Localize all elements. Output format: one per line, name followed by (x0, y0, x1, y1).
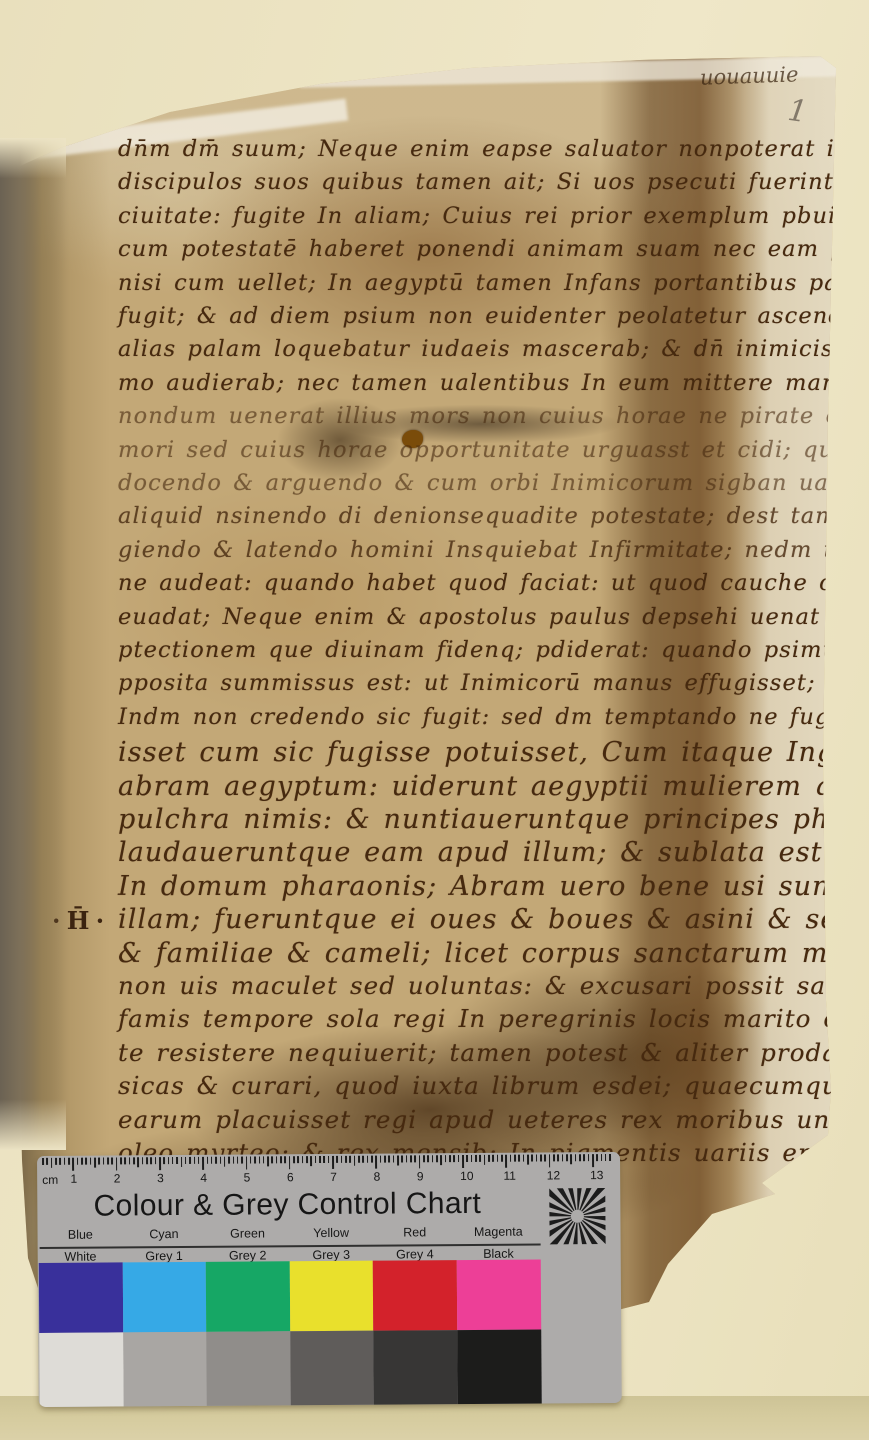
color-name-label: Magenta (456, 1224, 540, 1239)
manuscript-line: sicas & curari, quod iuxta librum esdei;… (118, 1071, 854, 1100)
ruler-tick (85, 1158, 87, 1165)
ruler-tick (432, 1155, 434, 1162)
ruler-tick (116, 1157, 118, 1170)
ruler-tick (466, 1155, 468, 1162)
ruler-tick (254, 1156, 256, 1163)
ruler-tick (518, 1155, 520, 1162)
manuscript-line: laudaueruntque eam apud illum; & sublata… (118, 837, 869, 868)
ruler-tick (284, 1156, 286, 1163)
ruler-tick (315, 1156, 317, 1163)
manuscript-line: pposita summissus est: ut Inimicorū manu… (118, 670, 869, 696)
color-name-label: Blue (39, 1227, 123, 1242)
grey-swatch-row (39, 1329, 542, 1407)
color-name-label: Red (373, 1225, 457, 1240)
ruler-number: 11 (503, 1169, 516, 1183)
ruler-tick (72, 1158, 74, 1171)
manuscript-line: dn̄m dm̄ suum; Neque enim eapse saluator… (118, 136, 835, 162)
ruler-tick (293, 1156, 295, 1163)
ruler-tick (388, 1156, 390, 1163)
ruler-tick (107, 1158, 109, 1165)
ruler-tick (462, 1155, 464, 1168)
ruler-tick (414, 1155, 416, 1162)
ruler-tick (484, 1155, 486, 1165)
ruler-number: 7 (330, 1170, 337, 1184)
ruler-tick (159, 1157, 161, 1170)
manuscript-line: te resistere nequiuerit; tamen potest & … (118, 1038, 869, 1067)
ruler-tick (202, 1157, 204, 1170)
starburst-hub (571, 1210, 584, 1223)
ruler-tick (233, 1157, 235, 1164)
ruler-tick (380, 1156, 382, 1163)
ruler-tick (306, 1156, 308, 1163)
manuscript-line: ptectionem que diuinam fidenq; pdiderat:… (118, 637, 869, 663)
manuscript-line: famis tempore sola regi In peregrinis lo… (118, 1004, 869, 1033)
ruler-tick (393, 1156, 395, 1163)
ruler-tick (575, 1154, 577, 1161)
manuscript-line: nisi cum uellet; In aegyptū tamen Infans… (118, 270, 869, 296)
ruler-tick (150, 1157, 152, 1164)
ruler-tick (215, 1157, 217, 1164)
ruler-tick (276, 1156, 278, 1163)
ruler-number: 10 (460, 1169, 473, 1183)
color-swatch (206, 1261, 290, 1332)
ruler-tick (246, 1157, 248, 1170)
ruler-tick (367, 1156, 369, 1163)
grey-swatch (457, 1329, 541, 1406)
ruler-tick (536, 1155, 538, 1162)
manuscript-line: aliquid nsinendo di denionsequadite pote… (118, 503, 868, 529)
manuscript-line: fugit; & ad diem psium non euidenter peo… (118, 303, 869, 329)
ruler-tick (241, 1157, 243, 1164)
color-swatch (373, 1260, 457, 1331)
color-control-chart: cm 12345678910111213 Colour & Grey Contr… (37, 1152, 622, 1407)
ruler-tick (155, 1157, 157, 1164)
ruler-tick (163, 1157, 165, 1164)
ruler-tick (211, 1157, 213, 1164)
ruler-tick (280, 1156, 282, 1163)
ruler-tick (310, 1156, 312, 1166)
ruler-tick (349, 1156, 351, 1163)
ruler-tick (523, 1155, 525, 1162)
ruler-tick (514, 1155, 516, 1162)
manuscript-line: isset cum sic fugisse potuisset, Cum ita… (118, 737, 869, 768)
ruler-tick (332, 1156, 334, 1169)
ruler-tick (185, 1157, 187, 1164)
ruler-tick (479, 1155, 481, 1162)
ruler-number: 13 (590, 1168, 603, 1182)
ruler-tick (354, 1156, 356, 1166)
ruler-tick (505, 1155, 507, 1168)
ruler-tick (81, 1158, 83, 1165)
ruler-tick (90, 1158, 92, 1165)
ruler-tick (527, 1155, 529, 1165)
ruler-tick (475, 1155, 477, 1162)
starburst-resolution-target (549, 1188, 605, 1244)
grey-swatch (206, 1331, 290, 1407)
manuscript-line: ciuitate: fugite In aliam; Cuius rei pri… (118, 203, 869, 229)
ruler-tick (51, 1158, 53, 1168)
ruler-number: 6 (287, 1170, 294, 1184)
color-swatch (122, 1262, 206, 1333)
color-name-label: Yellow (289, 1226, 373, 1241)
ruler-tick (453, 1155, 455, 1162)
manuscript-line: alias palam loquebatur iudaeis mascerab;… (118, 336, 869, 362)
ruler-tick (237, 1157, 239, 1164)
ruler-tick (194, 1157, 196, 1164)
ruler-tick (263, 1156, 265, 1163)
ruler-tick (142, 1157, 144, 1164)
ruler-tick (42, 1158, 44, 1165)
cm-ruler: cm 12345678910111213 (37, 1152, 620, 1189)
ruler-tick (609, 1154, 611, 1161)
ruler-tick (328, 1156, 330, 1163)
ruler-tick (220, 1157, 222, 1164)
ruler-tick (250, 1157, 252, 1164)
color-swatch (39, 1262, 123, 1333)
ruler-tick (406, 1155, 408, 1162)
ruler-tick (371, 1156, 373, 1163)
color-swatch-row (39, 1259, 541, 1333)
ruler-tick (397, 1155, 399, 1165)
manuscript-line: & familiae & cameli; licet corpus sancta… (118, 938, 869, 969)
ruler-tick (449, 1155, 451, 1162)
ruler-tick (531, 1155, 533, 1162)
ruler-tick (419, 1155, 421, 1168)
ruler-tick (224, 1157, 226, 1167)
ruler-number: 3 (157, 1171, 164, 1185)
ruler-tick (120, 1157, 122, 1164)
ruler-tick (207, 1157, 209, 1164)
color-swatch (457, 1259, 541, 1330)
manuscript-line: mo audierab; nec tamen ualentibus In eum… (118, 370, 869, 396)
ruler-tick (137, 1157, 139, 1167)
manuscript-line: giendo & latendo homini Insquiebat Infir… (118, 537, 864, 563)
manuscript-line: cum potestatē haberet ponendi animam sua… (118, 236, 869, 262)
ruler-tick (362, 1156, 364, 1163)
manuscript-line: earum placuisset regi apud ueteres rex m… (118, 1105, 869, 1134)
ruler-tick (59, 1158, 61, 1165)
ruler-number: 5 (244, 1171, 251, 1185)
ruler-tick (583, 1154, 585, 1161)
ruler-tick (198, 1157, 200, 1164)
ruler-tick (68, 1158, 70, 1165)
ruler-tick (562, 1154, 564, 1161)
manuscript-line: docendo & arguendo & cum orbi Inimicorum… (118, 470, 869, 496)
ruler-tick (111, 1157, 113, 1164)
ruler-number: 4 (200, 1171, 207, 1185)
ruler-tick (259, 1156, 261, 1163)
ruler-tick (557, 1154, 559, 1161)
ruler-number: 2 (114, 1171, 121, 1185)
ruler-tick (488, 1155, 490, 1162)
ruler-tick (336, 1156, 338, 1163)
color-name-label: Cyan (122, 1227, 206, 1242)
manuscript-line: pulchra nimis: & nuntiaueruntque princip… (118, 804, 869, 835)
ruler-tick (302, 1156, 304, 1163)
manuscript-line: In domum pharaonis; Abram uero bene usi … (118, 871, 869, 902)
ruler-tick (570, 1154, 572, 1164)
ruler-tick (323, 1156, 325, 1163)
ruler-tick (410, 1155, 412, 1162)
grey-swatch (290, 1331, 374, 1407)
ruler-tick (172, 1157, 174, 1164)
ruler-tick (605, 1154, 607, 1161)
ruler-tick (579, 1154, 581, 1161)
grey-swatch (39, 1332, 123, 1407)
ruler-tick (423, 1155, 425, 1162)
photograph-of-manuscript-folio: { "page": { "folio_number": "1", "margin… (0, 0, 869, 1440)
ruler-tick (267, 1156, 269, 1166)
ruler-tick (146, 1157, 148, 1164)
ruler-tick (98, 1158, 100, 1165)
manuscript-line: ne audeat: quando habet quod faciat: ut … (118, 570, 869, 596)
ruler-tick (289, 1156, 291, 1169)
manuscript-line: illam; fueruntque ei oues & boues & asin… (118, 904, 869, 935)
manuscript-line: Indm non credendo sic fugit: sed dm temp… (118, 704, 869, 730)
grey-swatch (123, 1332, 207, 1407)
ruler-tick (129, 1157, 131, 1164)
binding-gutter (0, 138, 66, 1150)
manuscript-line: discipulos suos quibus tamen ait; Si uos… (118, 169, 869, 195)
ruler-tick (189, 1157, 191, 1164)
ruler-tick (181, 1157, 183, 1167)
ruler-tick (384, 1156, 386, 1163)
ruler-tick (168, 1157, 170, 1164)
manuscript-line: nondum uenerat illius mors non cuius hor… (118, 403, 869, 429)
ruler-tick (94, 1158, 96, 1168)
ruler-tick (471, 1155, 473, 1162)
ruler-tick (492, 1155, 494, 1162)
ruler-tick (553, 1154, 555, 1161)
ruler-number: 9 (417, 1169, 424, 1183)
ruler-tick (358, 1156, 360, 1163)
ruler-tick (319, 1156, 321, 1163)
color-name-label: Green (206, 1226, 290, 1241)
ruler-unit-label: cm (42, 1173, 58, 1187)
manuscript-line: abram aegyptum: uiderunt aegyptii mulier… (118, 771, 869, 802)
color-swatch (290, 1261, 374, 1332)
ruler-tick (566, 1154, 568, 1161)
ruler-tick (501, 1155, 503, 1162)
ruler-number: 1 (70, 1172, 77, 1186)
ruler-tick (77, 1158, 79, 1165)
ruler-tick (103, 1158, 105, 1165)
ruler-tick (297, 1156, 299, 1163)
ruler-tick (427, 1155, 429, 1162)
ruler-number: 12 (547, 1168, 560, 1182)
ruler-tick (540, 1154, 542, 1161)
ruler-tick (436, 1155, 438, 1162)
ruler-number: 8 (374, 1170, 381, 1184)
ruler-tick (497, 1155, 499, 1162)
ruler-tick (55, 1158, 57, 1165)
ruler-tick (345, 1156, 347, 1163)
ruler-tick (440, 1155, 442, 1165)
ruler-tick (401, 1155, 403, 1162)
ruler-tick (64, 1158, 66, 1165)
ruler-tick (375, 1156, 377, 1169)
ruler-tick (46, 1158, 48, 1165)
ruler-tick (133, 1157, 135, 1164)
ruler-tick (176, 1157, 178, 1164)
ruler-tick (458, 1155, 460, 1162)
manuscript-line: non uis maculet sed uoluntas: & excusari… (118, 971, 869, 1000)
ruler-tick (341, 1156, 343, 1163)
ruler-tick (601, 1154, 603, 1161)
ruler-tick (592, 1154, 594, 1167)
ruler-tick (544, 1154, 546, 1161)
ruler-tick (228, 1157, 230, 1164)
color-label-row: BlueCyanGreenYellowRedMagenta (39, 1224, 541, 1242)
grey-swatch (374, 1330, 458, 1407)
manuscript-line: mori sed cuius horae opportunitate urgua… (118, 437, 869, 463)
ruler-tick (445, 1155, 447, 1162)
ruler-tick (510, 1155, 512, 1162)
ruler-tick (596, 1154, 598, 1161)
chart-title: Colour & Grey Control Chart (67, 1187, 507, 1224)
ruler-tick (588, 1154, 590, 1161)
ruler-tick (271, 1156, 273, 1163)
ruler-tick (124, 1157, 126, 1164)
manuscript-line: euadat; Neque enim & apostolus paulus de… (118, 604, 869, 630)
ruler-tick (549, 1154, 551, 1167)
